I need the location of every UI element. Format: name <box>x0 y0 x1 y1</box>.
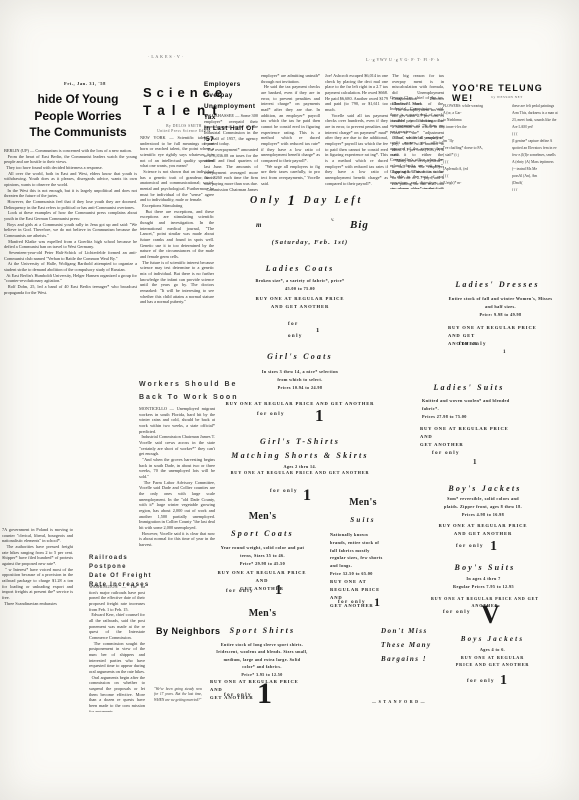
page-header-left: · L A K E S · V · <box>148 54 258 60</box>
ad-ladies-coats-desc: Broken size*, a variety of fabric*, pric… <box>225 277 375 293</box>
ad-boys-suits-v: V <box>481 602 500 628</box>
ad-banner-date: (Saturday, Feb. 1st) <box>255 239 365 246</box>
ad-banner-sub-v: v. <box>331 218 334 223</box>
ad-ladies-coats-for-only: for only <box>288 319 303 342</box>
ad-mens-sport-coats-title: Sport Coats <box>210 529 315 538</box>
youre-telling-col-1: FLOWERS: while wearing A (or, a Gar- to … <box>443 103 507 191</box>
article-communists-body: BERLIN (UP) — Communism is concerned wit… <box>4 148 137 524</box>
ad-mens-sport-shirts-brand: Men's <box>210 608 315 619</box>
headline-communists: hide Of Young People Worries The Communi… <box>16 91 140 141</box>
ad-boys-suits-desc: In ages 4 thru 7 Regular Prices 7.95 to … <box>436 575 531 591</box>
ad-ladies-coats-title: Ladies Coats <box>225 264 375 273</box>
ad-boys-jackets-small-one: 1 <box>500 674 507 688</box>
ad-banner-sub-m: m <box>256 221 261 229</box>
dateline: Fri., Jan. 31, '58 <box>64 81 134 86</box>
ad-ladies-suits-desc: Knitted and woven woolen* and blended fa… <box>422 397 514 420</box>
ad-banner: Only 1 Day Left <box>250 194 380 209</box>
ad-ladies-coats-one: 1 <box>316 328 319 335</box>
ad-boys-jackets-small-buy: BUY ONE AT REGULAR PRICE AND GET ANOTHER <box>450 654 535 669</box>
ad-mens-suits-desc: Nationally known brands, entire stock of… <box>330 531 394 578</box>
ad-ladies-suits-title: Ladies' Suits <box>428 383 510 392</box>
ad-ladies-dresses-desc: Entire stock of fall and winter Women's,… <box>443 295 558 318</box>
ad-mens-sport-coats-for-only: for only <box>226 589 254 594</box>
ad-boys-jackets-small-for-only: for only <box>467 679 495 684</box>
employers-col-2: employer* are admitting untruth* through… <box>261 73 320 191</box>
ad-mens-suits-title: Suits <box>332 516 394 524</box>
ad-mens-sport-shirts-desc: Entire stock of long sleeve sport shirts… <box>208 641 316 678</box>
ad-mens-suits-for-only: for only <box>338 600 366 605</box>
neighbors-cartoon-caption: "We've been going steady now for 17 year… <box>154 687 202 711</box>
ad-girls-tshirts-for-only: for only <box>270 489 298 494</box>
ad-ladies-suits-one: 1 <box>473 459 477 466</box>
page-header-right: L··g VWV U ·g V G· F· T· Fl ·F· h <box>366 57 486 63</box>
ad-mens-sport-shirts-for-only: for only <box>224 693 252 698</box>
ad-banner-day-left: Day Left <box>304 195 364 206</box>
science-body: NEW YORK — Scientific talent is understo… <box>140 135 214 375</box>
ad-ladies-suits-buy: BUY ONE AT REGULAR PRICE AND GET ANOTHER <box>420 425 515 449</box>
ad-boys-suits-title: Boy's Suits <box>440 563 530 572</box>
ad-boys-jackets-small-title: Boys Jackets <box>450 635 535 643</box>
employers-col-3: Joe! Ashcroft escaped $6,014 in one chec… <box>325 73 388 191</box>
ad-girls-tshirts-title: Girl's T-Shirts <box>225 437 375 446</box>
ad-boys-jackets-title: Boy's Jackets <box>440 484 530 493</box>
employers-col-5: George Clap, chief of the tax collection… <box>390 95 443 189</box>
ad-mens-suits-brand: Men's <box>332 497 394 508</box>
ad-mens-sport-coats-one: 1 <box>275 584 282 598</box>
ad-ladies-suits-for-only: for only <box>432 451 460 456</box>
employers-col-1: TALLAHASSEE — Some 300 employer* overpai… <box>204 113 258 193</box>
ad-girls-coats-for-only: for only <box>257 412 285 417</box>
youre-telling-col-2: these are felt pedal paintings Arm This,… <box>512 103 576 191</box>
ad-ladies-coats-buy: BUY ONE AT REGULAR PRICE AND GET ANOTHER <box>225 295 375 311</box>
ad-banner-sub-big: Big <box>350 219 369 231</box>
ad-boys-suits-for-only: for only <box>443 610 471 615</box>
article-communists-body-cont: 7A government in Poland is moving to cou… <box>2 527 73 707</box>
youre-telling-title: YOO'RE TELUNG WE! <box>452 83 566 103</box>
ad-mens-suits-buy: BUY ONE AT REGULAR PRICE AND GET ANOTHER <box>330 578 394 610</box>
ad-girls-coats-desc: In sizes 3 thru 14, a nice* selection fr… <box>225 368 375 391</box>
ad-mens-sport-coats-brand: Men's <box>210 511 315 522</box>
ad-dont-miss: Don't Miss These Many Bargains ! <box>381 624 443 666</box>
ad-boys-jackets-buy: BUY ONE AT REGULAR PRICE AND GET ANOTHER <box>438 522 528 538</box>
ad-ladies-dresses-for-only: for only <box>459 342 487 347</box>
ad-girls-tshirts-one: 1 <box>303 488 311 504</box>
ad-mens-sport-shirts-one: 1 <box>257 679 272 709</box>
ad-girls-tshirts-title2: Matching Shorts & Skirts <box>210 451 390 460</box>
ad-ladies-dresses-title: Ladies' Dresses <box>440 280 555 289</box>
ad-boys-jackets-for-only: for only <box>456 544 484 549</box>
ad-mens-suits-one: 1 <box>374 596 380 608</box>
ad-ladies-dresses-one: 1 <box>503 350 506 355</box>
ad-boys-jackets-small-desc: Ages 4 to 6. <box>450 646 535 654</box>
newspaper-page: · L A K E S · V · L··g VWV U ·g V G· F· … <box>0 0 579 800</box>
ad-boys-jackets-one: 1 <box>490 540 497 554</box>
ad-store-name: — S T A N F O R D — <box>372 699 436 704</box>
ad-banner-only: Only <box>250 195 282 206</box>
ad-mens-sport-shirts-title: Sport Shirts <box>210 626 315 635</box>
ad-girls-coats-buy: BUY ONE AT REGULAR PRICE AND GET ANOTHER <box>215 400 385 408</box>
ad-girls-tshirts-buy: BUY ONE AT REGULAR PRICE AND GET ANOTHER <box>210 469 390 476</box>
ad-girls-coats-one: 1 <box>315 407 324 424</box>
ad-girls-coats-title: Girl's Coats <box>225 352 375 361</box>
railroads-body: WASHINGTON — The na tion's major railroa… <box>89 584 145 712</box>
ad-boys-jackets-desc: Som* reversible, solid colors and plaids… <box>433 495 533 518</box>
ad-mens-sport-coats-desc: Year round weight, solid color and pat t… <box>210 544 315 567</box>
youre-telling-byline: by WESSON NET <box>452 95 562 100</box>
ad-banner-one-numeral: 1 <box>288 193 299 209</box>
